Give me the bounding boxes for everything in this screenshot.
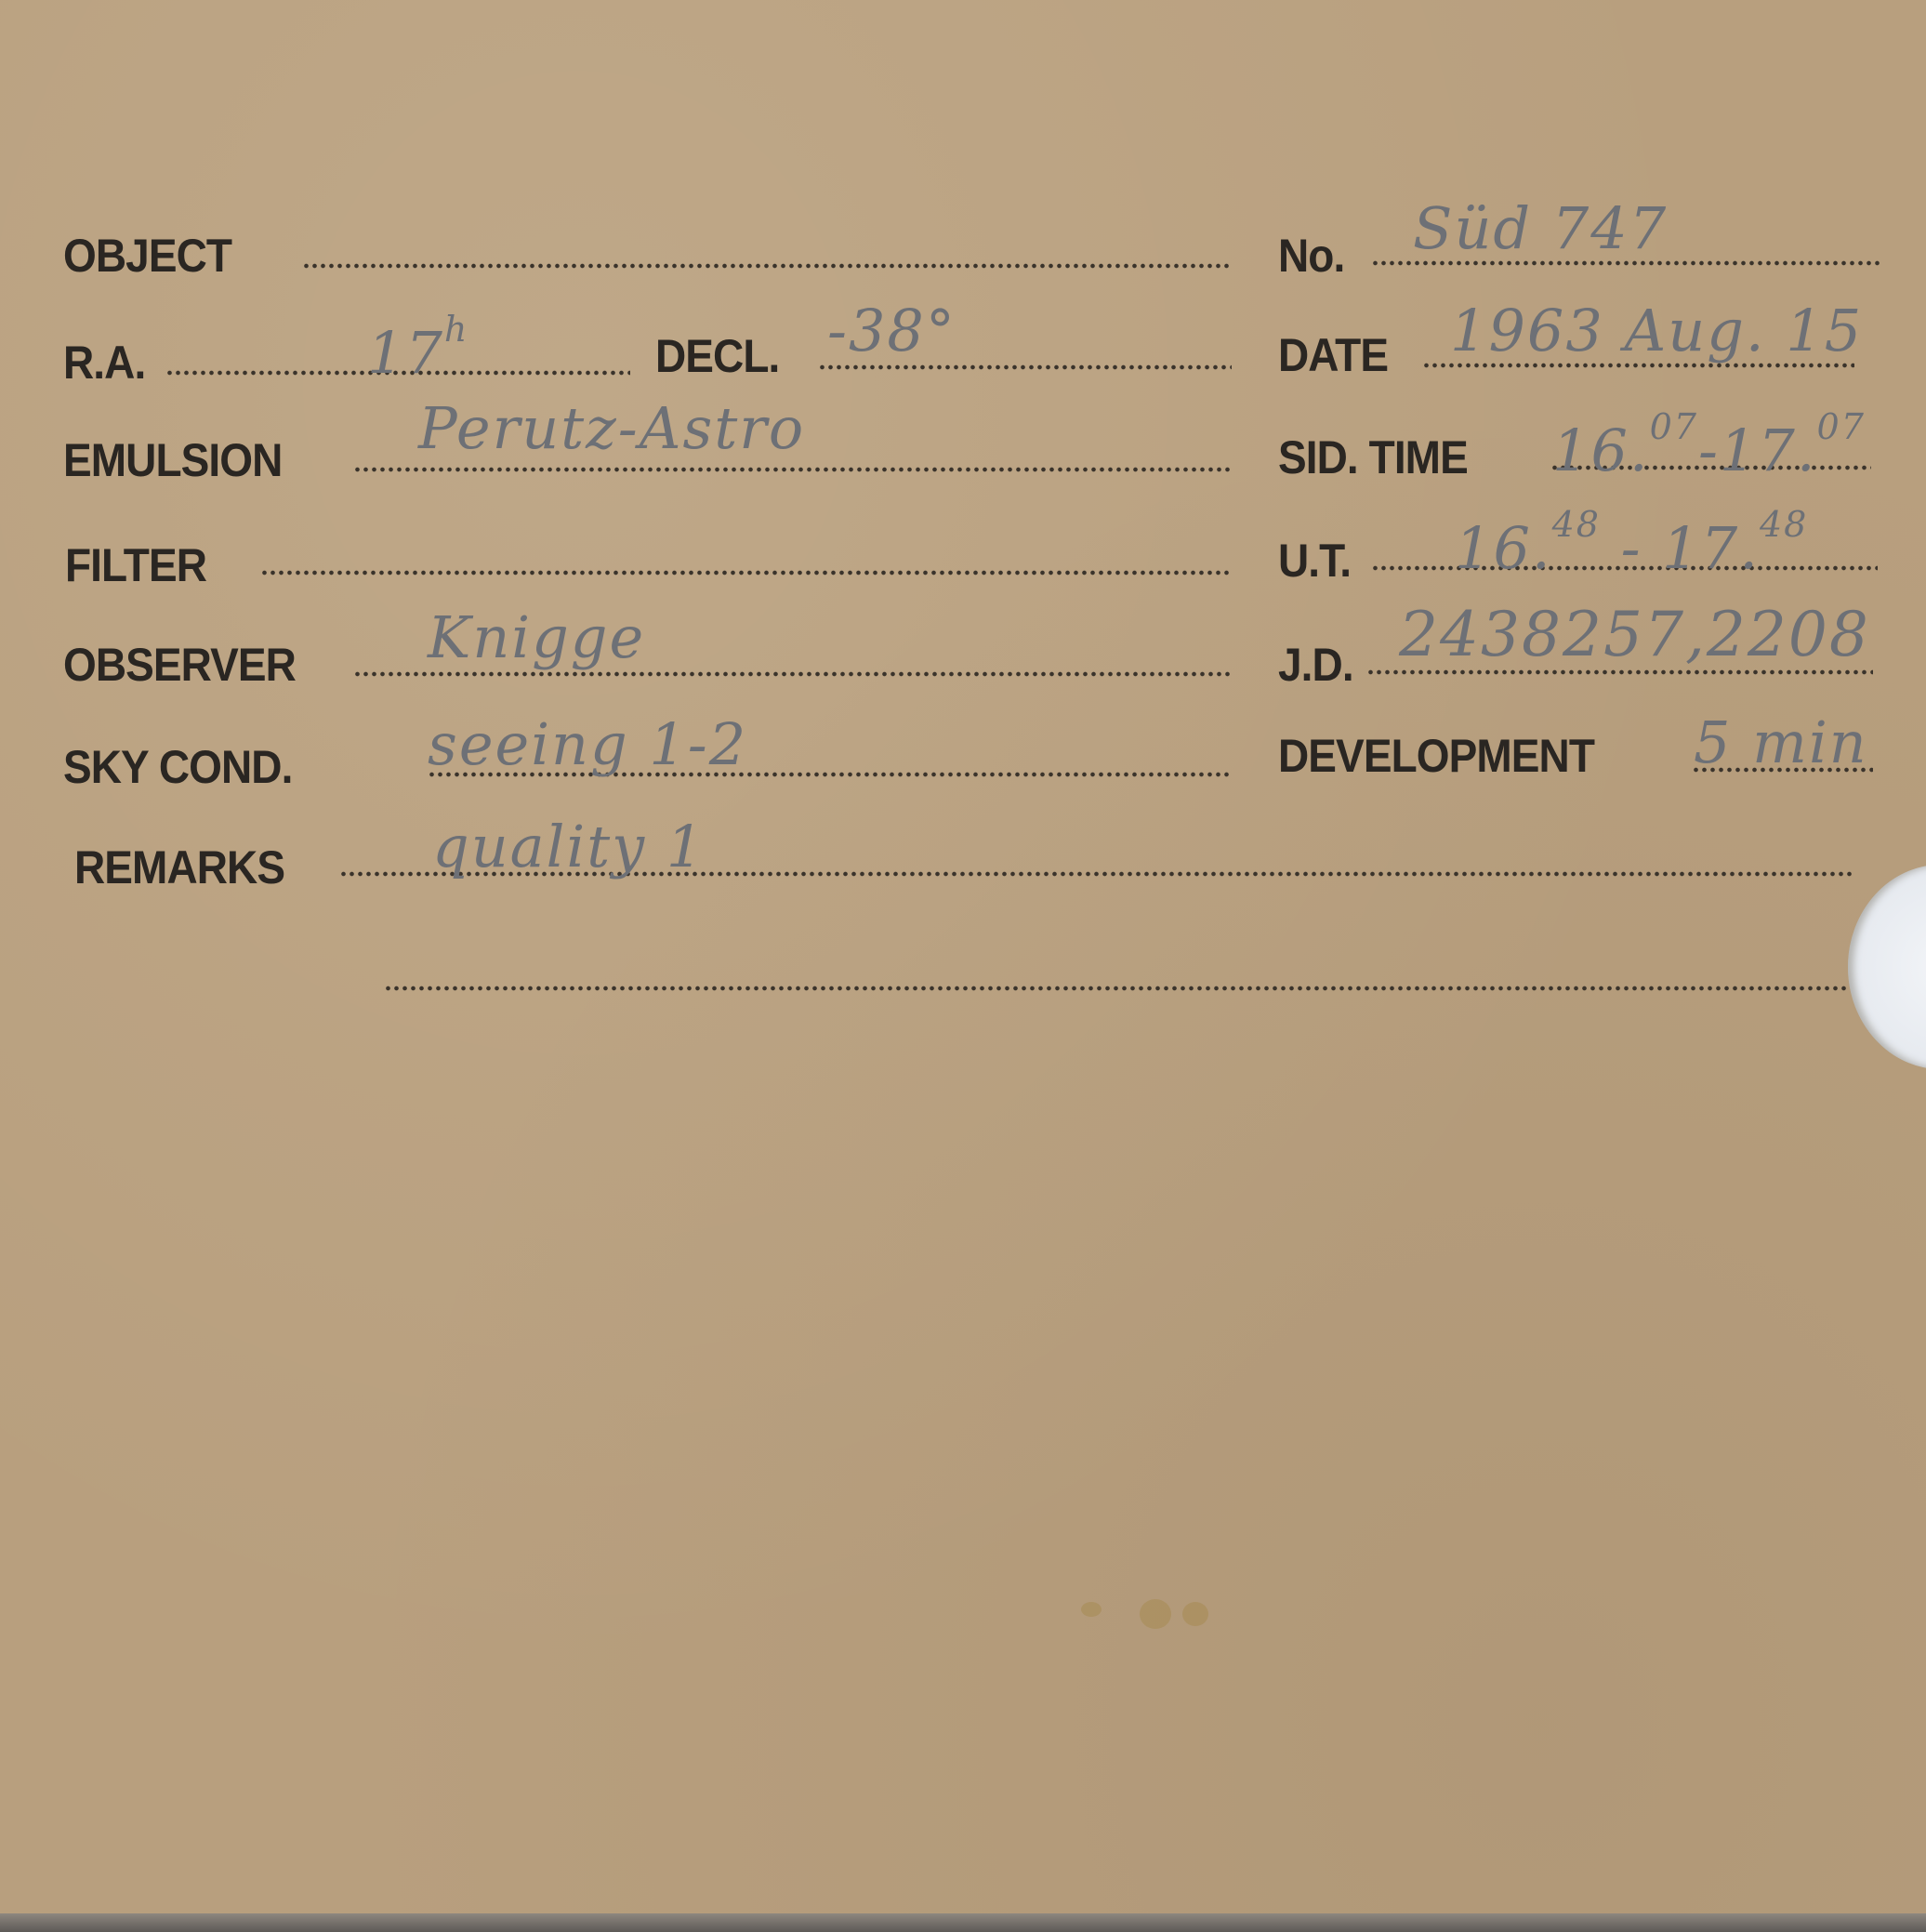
- ut-start-minutes: 48: [1552, 504, 1601, 545]
- plate-envelope: OBJECT R.A. 17h DECL. -38° EMULSION Peru…: [0, 0, 1926, 1915]
- remarks-line-2: [384, 986, 1848, 991]
- sid-time-dash: -: [1698, 417, 1720, 484]
- label-ut: U.T.: [1278, 537, 1351, 584]
- label-ra: R.A.: [63, 339, 145, 386]
- ra-value[interactable]: 17h: [367, 311, 468, 382]
- sky-cond-value[interactable]: seeing 1-2: [428, 716, 747, 774]
- date-value[interactable]: 1963 Aug. 15: [1450, 302, 1863, 360]
- filter-line: [260, 570, 1232, 576]
- label-development: DEVELOPMENT: [1278, 733, 1594, 779]
- emulsion-line: [353, 467, 1232, 472]
- label-remarks: REMARKS: [74, 844, 284, 891]
- remarks-value[interactable]: quality 1: [432, 818, 705, 876]
- emulsion-value[interactable]: Perutz-Astro: [418, 400, 805, 457]
- label-object: OBJECT: [63, 232, 231, 279]
- observer-value[interactable]: Knigge: [428, 609, 645, 667]
- ra-unit: h: [444, 309, 468, 350]
- ut-dash: -: [1601, 514, 1662, 582]
- label-date: DATE: [1278, 332, 1388, 378]
- bottom-edge: [0, 1913, 1926, 1932]
- ut-end-minutes: 48: [1760, 504, 1808, 545]
- label-decl: DECL.: [655, 333, 779, 379]
- ut-end-hours: 17.: [1662, 514, 1760, 582]
- label-emulsion: EMULSION: [63, 437, 282, 483]
- label-observer: OBSERVER: [63, 642, 296, 688]
- observer-line: [353, 671, 1232, 677]
- ut-start-hours: 16.: [1455, 514, 1552, 582]
- decl-value[interactable]: -38°: [827, 302, 956, 360]
- label-no: No.: [1278, 232, 1344, 279]
- stain-mark: [1182, 1602, 1208, 1626]
- decl-line: [818, 364, 1232, 370]
- label-filter: FILTER: [65, 542, 206, 589]
- object-line: [302, 263, 1232, 269]
- stain-mark: [1081, 1602, 1102, 1617]
- no-value[interactable]: Süd 747: [1413, 200, 1668, 258]
- jd-value[interactable]: 2438257,2208: [1399, 604, 1870, 666]
- sid-time-end-hours: 17.: [1720, 417, 1817, 484]
- ut-value[interactable]: 16.48 - 17.48: [1455, 507, 1808, 577]
- sid-time-end-minutes: 07: [1817, 406, 1866, 447]
- sid-time-start-minutes: 07: [1650, 406, 1698, 447]
- label-jd: J.D.: [1278, 642, 1353, 688]
- development-value[interactable]: 5 min: [1694, 714, 1868, 772]
- stain-mark: [1140, 1599, 1171, 1629]
- label-sky-cond: SKY COND.: [63, 744, 292, 790]
- label-sid-time: SID. TIME: [1278, 434, 1468, 481]
- ra-hours: 17: [367, 319, 444, 387]
- sid-time-start-hours: 16.: [1552, 417, 1650, 484]
- sid-time-value[interactable]: 16.07-17.07: [1552, 409, 1866, 480]
